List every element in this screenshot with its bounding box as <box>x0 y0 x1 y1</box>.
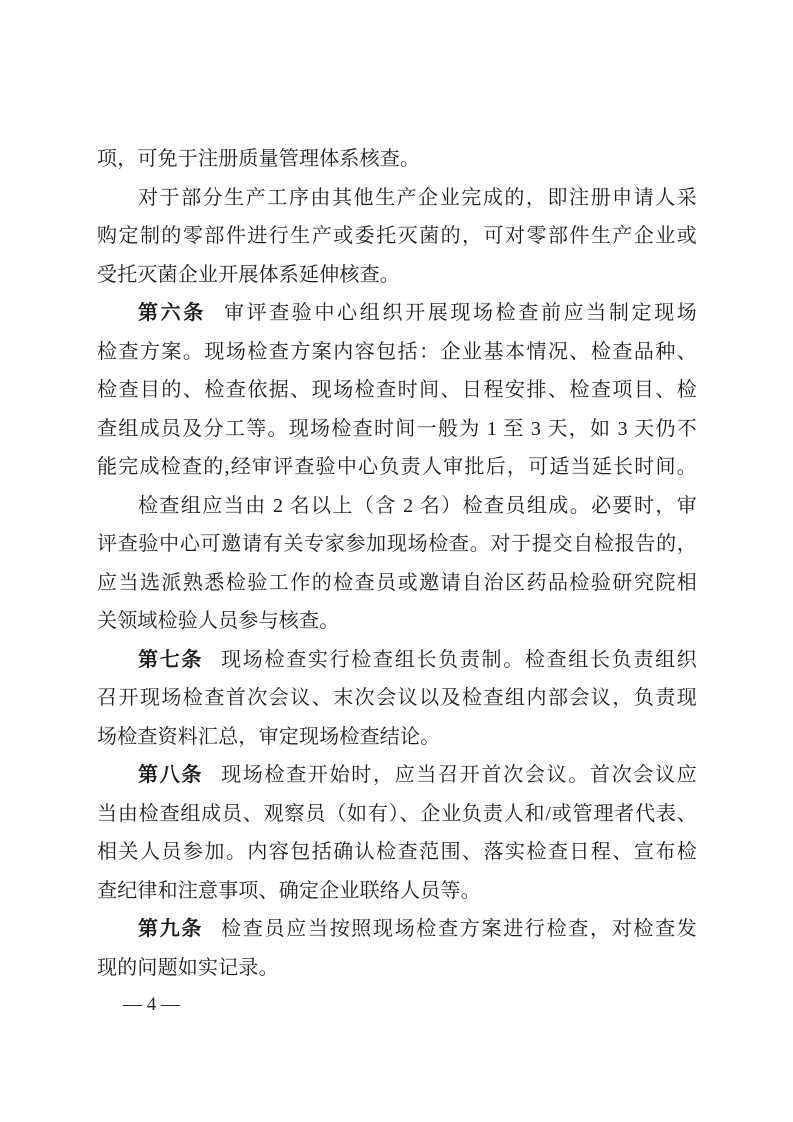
paragraph: 项，可免于注册质量管理体系核查。 <box>97 140 697 179</box>
text-line: 查组成员及分工等。现场检查时间一般为 1 至 3 天，如 3 天仍不 <box>97 410 697 449</box>
text-run: 现场检查实行检查组长负责制。检查组长负责组织 <box>221 649 697 671</box>
page-number: — 4 — <box>123 993 180 1017</box>
article-number: 第九条 <box>138 918 203 940</box>
paragraph-article-8: 第八条现场检查开始时，应当召开首次会议。首次会议应 当由检查组成员、观察员（如有… <box>97 756 697 910</box>
article-number: 第六条 <box>138 302 206 324</box>
text-line: 检查目的、检查依据、现场检查时间、日程安排、检查项目、检 <box>97 371 697 410</box>
paragraph: 检查组应当由 2 名以上（含 2 名）检查员组成。必要时，审 评查验中心可邀请有… <box>97 487 697 641</box>
text-run: 现场检查开始时，应当召开首次会议。首次会议应 <box>221 764 697 786</box>
document-body: 项，可免于注册质量管理体系核查。 对于部分生产工序由其他生产企业完成的，即注册申… <box>97 140 697 987</box>
text-line: 当由检查组成员、观察员（如有）、企业负责人和/或管理者代表、 <box>97 795 697 834</box>
paragraph-article-7: 第七条现场检查实行检查组长负责制。检查组长负责组织 召开现场检查首次会议、末次会… <box>97 641 697 757</box>
text-line: 第六条审评查验中心组织开展现场检查前应当制定现场 <box>97 294 697 333</box>
text-line: 受托灭菌企业开展体系延伸核查。 <box>97 256 697 295</box>
text-line: 检查组应当由 2 名以上（含 2 名）检查员组成。必要时，审 <box>97 487 697 526</box>
text-line: 检查方案。现场检查方案内容包括：企业基本情况、检查品种、 <box>97 333 697 372</box>
article-number: 第七条 <box>138 649 203 671</box>
document-page: 项，可免于注册质量管理体系核查。 对于部分生产工序由其他生产企业完成的，即注册申… <box>0 0 793 1122</box>
text-line: 对于部分生产工序由其他生产企业完成的，即注册申请人采 <box>97 179 697 218</box>
text-line: 第九条检查员应当按照现场检查方案进行检查，对检查发 <box>97 910 697 949</box>
text-line: 第七条现场检查实行检查组长负责制。检查组长负责组织 <box>97 641 697 680</box>
paragraph-article-6: 第六条审评查验中心组织开展现场检查前应当制定现场 检查方案。现场检查方案内容包括… <box>97 294 697 487</box>
paragraph-article-9: 第九条检查员应当按照现场检查方案进行检查，对检查发 现的问题如实记录。 <box>97 910 697 987</box>
article-number: 第八条 <box>138 764 203 786</box>
text-line: 场检查资料汇总，审定现场检查结论。 <box>97 718 697 757</box>
text-run: 审评查验中心组织开展现场检查前应当制定现场 <box>224 302 697 324</box>
text-run: 检查员应当按照现场检查方案进行检查，对检查发 <box>221 918 697 940</box>
text-line: 应当选派熟悉检验工作的检查员或邀请自治区药品检验研究院相 <box>97 564 697 603</box>
text-line: 查纪律和注意事项、确定企业联络人员等。 <box>97 872 697 911</box>
text-line: 召开现场检查首次会议、末次会议以及检查组内部会议，负责现 <box>97 679 697 718</box>
text-line: 现的问题如实记录。 <box>97 949 697 988</box>
text-line: 评查验中心可邀请有关专家参加现场检查。对于提交自检报告的， <box>97 525 697 564</box>
text-line: 第八条现场检查开始时，应当召开首次会议。首次会议应 <box>97 756 697 795</box>
text-line: 项，可免于注册质量管理体系核查。 <box>97 140 697 179</box>
text-line: 相关人员参加。内容包括确认检查范围、落实检查日程、宣布检 <box>97 833 697 872</box>
text-line: 能完成检查的,经审评查验中心负责人审批后，可适当延长时间。 <box>97 448 697 487</box>
text-line: 购定制的零部件进行生产或委托灭菌的，可对零部件生产企业或 <box>97 217 697 256</box>
text-line: 关领域检验人员参与核查。 <box>97 602 697 641</box>
paragraph: 对于部分生产工序由其他生产企业完成的，即注册申请人采 购定制的零部件进行生产或委… <box>97 179 697 295</box>
